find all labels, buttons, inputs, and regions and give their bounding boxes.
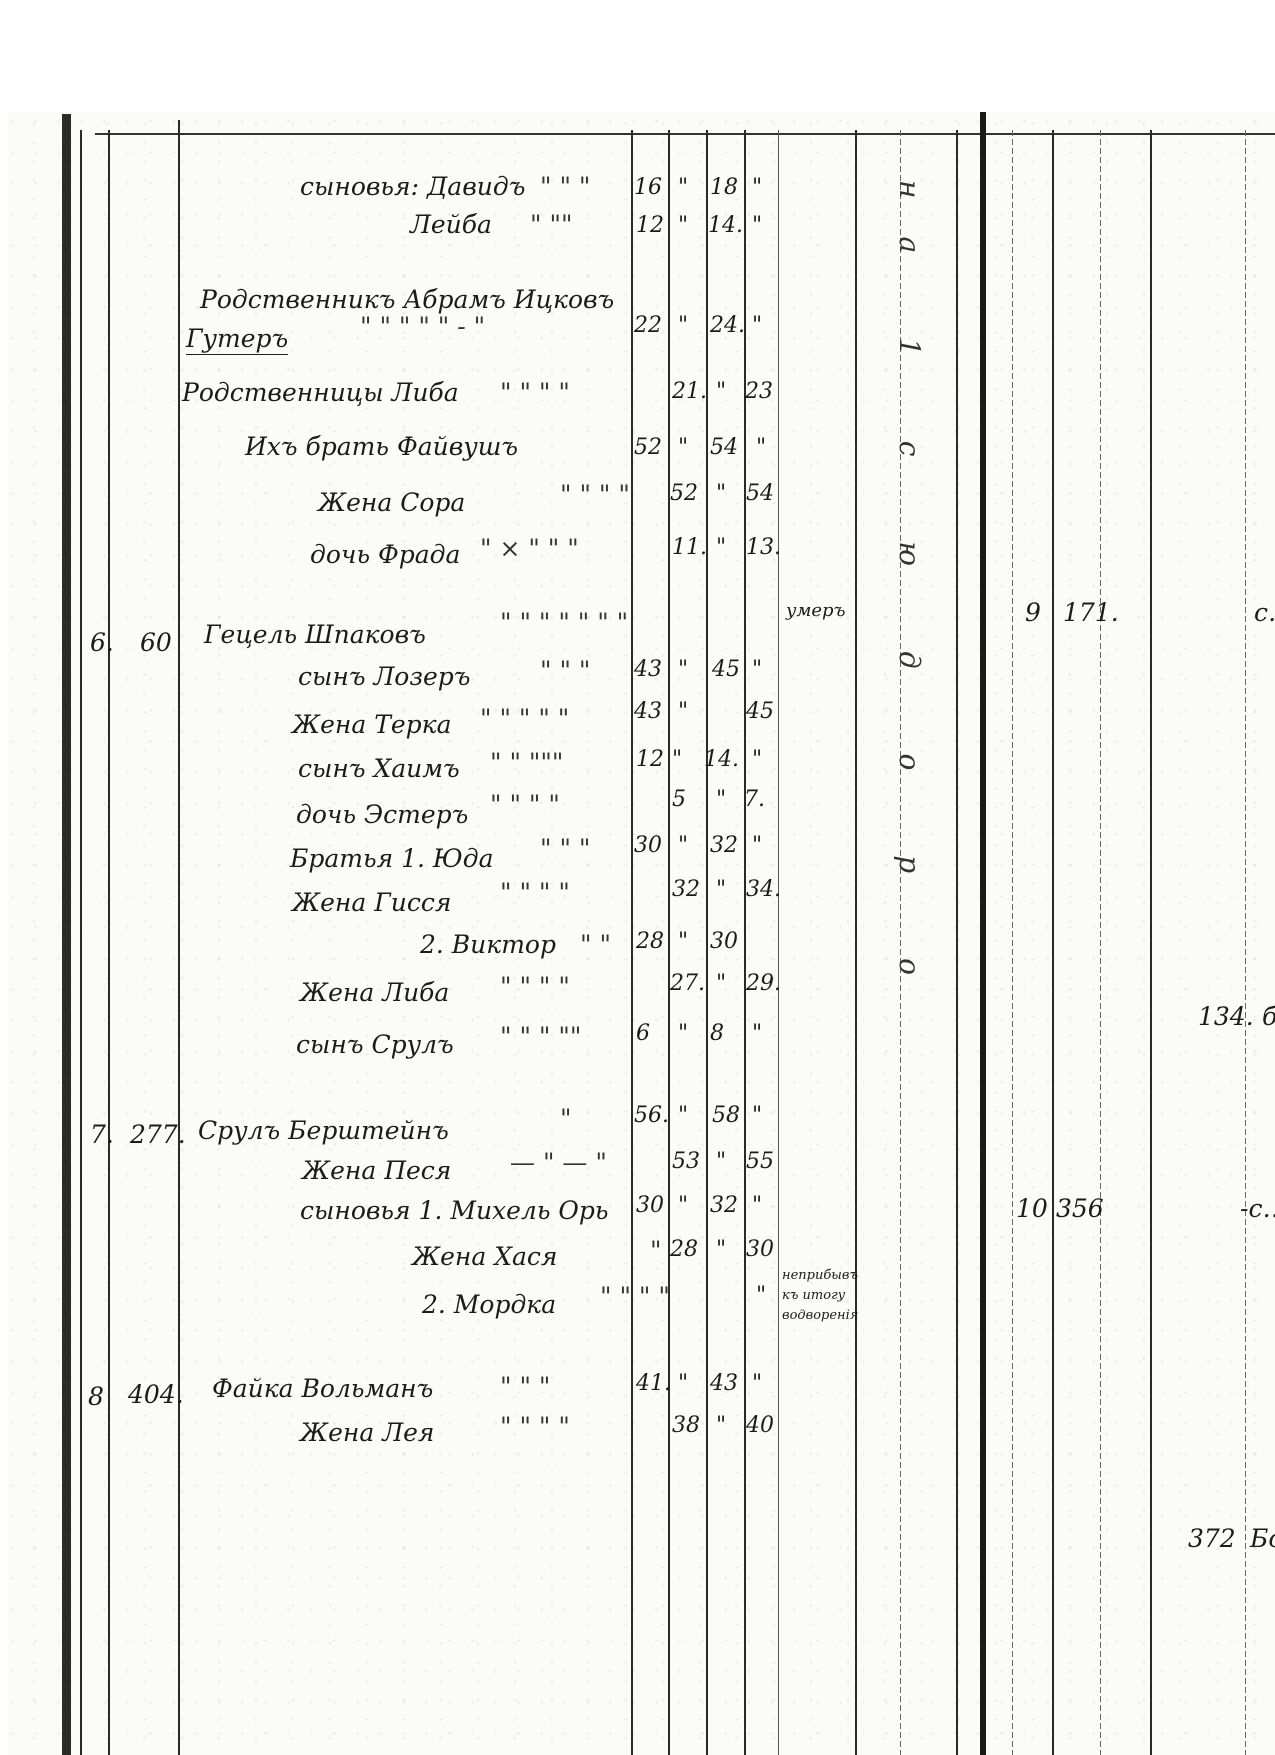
ditto-marks: " " " " (490, 790, 560, 820)
ditto-mark: " (678, 1192, 688, 1220)
ditto-mark: " (716, 970, 726, 998)
age-previous: 12 (636, 212, 664, 240)
person-name: дочь Фрада (310, 540, 460, 570)
ditto-marks: " " " " " (480, 704, 569, 734)
ditto-mark: " (678, 212, 688, 240)
right-name-fragment: -с… (1240, 1194, 1275, 1224)
person-name: Родственникъ Абрамъ Ицковъ (200, 285, 614, 315)
person-name: Лейба (410, 210, 492, 240)
ditto-mark: " (756, 434, 766, 462)
person-name: сынъ Хаимъ (298, 754, 460, 784)
ditto-mark: " (678, 1370, 688, 1398)
age-previous: 27. (670, 970, 705, 998)
head-of-family: Срулъ Берштейнъ (198, 1116, 449, 1146)
person-name: Родственницы Либа (182, 378, 459, 408)
person-name: Жена Терка (292, 710, 452, 740)
person-name: Жена Хася (412, 1242, 557, 1272)
column-rule-age1 (631, 130, 633, 1755)
ditto-mark: " (678, 1020, 688, 1048)
ditto-marks: " "" (530, 210, 572, 240)
age-current: 29. (746, 970, 781, 998)
ditto-marks: " (650, 1236, 662, 1266)
ditto-mark: " (678, 174, 688, 202)
right-list-number: 134. (1198, 1002, 1254, 1032)
column-rule-family (108, 130, 110, 1755)
ditto-marks: — " — " (510, 1148, 607, 1178)
age-current: 30 (746, 1236, 774, 1264)
ditto-mark: " (678, 928, 688, 956)
age-current: 45 (712, 656, 740, 684)
table-top-rule (95, 133, 1275, 135)
age-current: 34. (746, 876, 781, 904)
age-previous: 12 (636, 746, 664, 774)
list-number: 277. (130, 1120, 186, 1150)
right-list-number: 372 (1188, 1524, 1236, 1554)
ditto-marks: " " " (540, 656, 590, 686)
age-previous: 41. (636, 1370, 671, 1398)
age-previous: 16 (634, 174, 662, 202)
age-current: 45 (746, 698, 774, 726)
family-number: 6. (90, 628, 114, 658)
remark-not-arrived: неприбывъ къ итогу водворенія (782, 1266, 854, 1326)
age-current: 40 (746, 1412, 774, 1440)
ditto-mark: " (716, 876, 726, 904)
age-previous: 21. (672, 378, 707, 406)
age-previous: 28 (670, 1236, 698, 1264)
age-previous: 53 (672, 1148, 700, 1176)
column-rule-listno (178, 120, 180, 1755)
ditto-mark: " (678, 698, 688, 726)
person-name: Жена Песя (302, 1156, 451, 1186)
person-name: сынъ Лозеръ (298, 662, 470, 692)
age-previous: 30 (634, 832, 662, 860)
ditto-marks: " " " " (560, 480, 630, 510)
ditto-marks: " " " " (500, 972, 570, 1002)
person-surname: Гутеръ (186, 324, 288, 355)
ditto-mark: " (716, 480, 726, 508)
ditto-mark: " (672, 746, 682, 774)
age-previous: 38 (672, 1412, 700, 1440)
age-previous: 52 (670, 480, 698, 508)
person-name: Ихъ брать Файвушъ (245, 432, 518, 462)
margin-rule (80, 130, 82, 1755)
ditto-mark: " (716, 534, 726, 562)
person-name: Жена Гисся (292, 888, 451, 918)
ditto-marks: " " " " (500, 878, 570, 908)
right-rule-2 (1052, 130, 1054, 1755)
column-rule-remarks (778, 130, 779, 1755)
ditto-marks: " " " (540, 834, 590, 864)
right-family-number: 10 (1016, 1194, 1048, 1224)
age-current: 43 (710, 1370, 738, 1398)
ditto-marks: " " " (540, 172, 590, 202)
right-family-number: 9 (1025, 598, 1041, 628)
ditto-mark: " (716, 1148, 726, 1176)
age-previous: 56. (634, 1102, 669, 1130)
ditto-marks: " " " " (500, 378, 570, 408)
age-previous: 28 (636, 928, 664, 956)
person-name: сынъ Срулъ (296, 1030, 454, 1060)
ditto-mark: " (752, 1192, 762, 1220)
right-name-fragment: Бо… (1250, 1524, 1275, 1554)
ditto-marks: " " (580, 930, 611, 960)
person-name: Братья 1. Юда (290, 844, 493, 874)
ditto-mark: " (678, 434, 688, 462)
age-current: 30 (710, 928, 738, 956)
vertical-note: на 1 с ю д о р о (893, 180, 926, 1013)
ditto-marks: " (560, 1104, 572, 1134)
ditto-mark: " (678, 832, 688, 860)
person-name: дочь Эстеръ (296, 800, 468, 830)
right-list-number: 171. (1063, 598, 1119, 628)
age-current: 54 (710, 434, 738, 462)
person-name: Жена Либа (300, 978, 449, 1008)
right-name-fragment: с… (1254, 598, 1275, 628)
ditto-mark: " (716, 378, 726, 406)
head-of-family: Гецель Шпаковъ (204, 620, 426, 650)
column-rule-age2b (744, 130, 746, 1755)
column-rule-age2 (706, 130, 708, 1755)
person-name: сыновья 1. Михель Орь (300, 1196, 609, 1226)
person-name: сыновья: Давидъ (300, 172, 525, 202)
list-number: 60 (140, 628, 172, 658)
column-rule-right-vertical (956, 130, 958, 1755)
ditto-mark: " (752, 1020, 762, 1048)
family-number: 8 (88, 1382, 104, 1412)
age-current: 58 (712, 1102, 740, 1130)
age-current: 23 (745, 378, 773, 406)
age-current: 54 (746, 480, 774, 508)
age-previous: 6 (636, 1020, 650, 1048)
ditto-mark: " (716, 1236, 726, 1264)
age-previous: 22 (634, 312, 662, 340)
age-current: 55 (746, 1148, 774, 1176)
ditto-marks: " " " (500, 1372, 550, 1402)
age-current: 32 (710, 1192, 738, 1220)
age-previous: 43 (634, 698, 662, 726)
family-number: 7. (90, 1120, 114, 1150)
ditto-mark: " (678, 1102, 688, 1130)
page-gutter (980, 112, 986, 1755)
ditto-marks: " × " " " (480, 534, 579, 564)
age-previous: 32 (672, 876, 700, 904)
age-previous: 43 (634, 656, 662, 684)
age-previous: 30 (636, 1192, 664, 1220)
ditto-marks: " " " "" (500, 1022, 581, 1052)
person-name: Жена Сора (318, 488, 465, 518)
age-previous: 5 (672, 786, 686, 814)
right-rule-3 (1100, 130, 1101, 1755)
ditto-mark: " (752, 312, 762, 340)
age-current: 18 (710, 174, 738, 202)
right-rule-1 (1012, 130, 1013, 1755)
ditto-mark: " (716, 786, 726, 814)
binding-edge (62, 114, 71, 1755)
ditto-marks: " " " " " - " (360, 312, 485, 342)
right-name-fragment: б… (1262, 1002, 1275, 1032)
age-current: 24. (710, 312, 745, 340)
ditto-mark: " (716, 1412, 726, 1440)
ditto-mark: " (752, 746, 762, 774)
ditto-mark: " (752, 832, 762, 860)
ditto-marks: " " " " (600, 1282, 670, 1312)
ditto-mark: " (752, 1370, 762, 1398)
ditto-mark: " (752, 174, 762, 202)
person-name: 2. Виктор (420, 930, 556, 960)
list-number: 404. (128, 1380, 184, 1410)
right-list-number: 356 (1056, 1194, 1104, 1224)
age-current: 13. (746, 534, 781, 562)
ditto-mark: " (678, 312, 688, 340)
age-current: 8 (710, 1020, 724, 1048)
age-current: 14. (708, 212, 743, 240)
ditto-marks: " " " " " " " (500, 608, 628, 638)
age-previous: 52 (634, 434, 662, 462)
column-rule-age1b (668, 130, 670, 1755)
ditto-mark: " (752, 212, 762, 240)
head-of-family: Файка Вольманъ (212, 1374, 433, 1404)
age-current: 7. (744, 786, 765, 814)
age-current: 32 (710, 832, 738, 860)
age-current: 14. (704, 746, 739, 774)
person-name: 2. Мордка (422, 1290, 556, 1320)
right-rule-5 (1245, 130, 1246, 1755)
ditto-mark: " (752, 656, 762, 684)
ditto-marks: " " """ (490, 748, 563, 778)
column-rule-vertical (855, 130, 857, 1755)
ditto-mark: " (752, 1102, 762, 1130)
person-name: Жена Лея (300, 1418, 434, 1448)
ditto-mark: " (678, 656, 688, 684)
right-rule-4 (1150, 130, 1152, 1755)
ditto-mark: " (756, 1282, 766, 1310)
ditto-marks: " " " " (500, 1412, 570, 1442)
remark-deceased: умеръ (786, 602, 846, 619)
age-previous: 11. (672, 534, 707, 562)
